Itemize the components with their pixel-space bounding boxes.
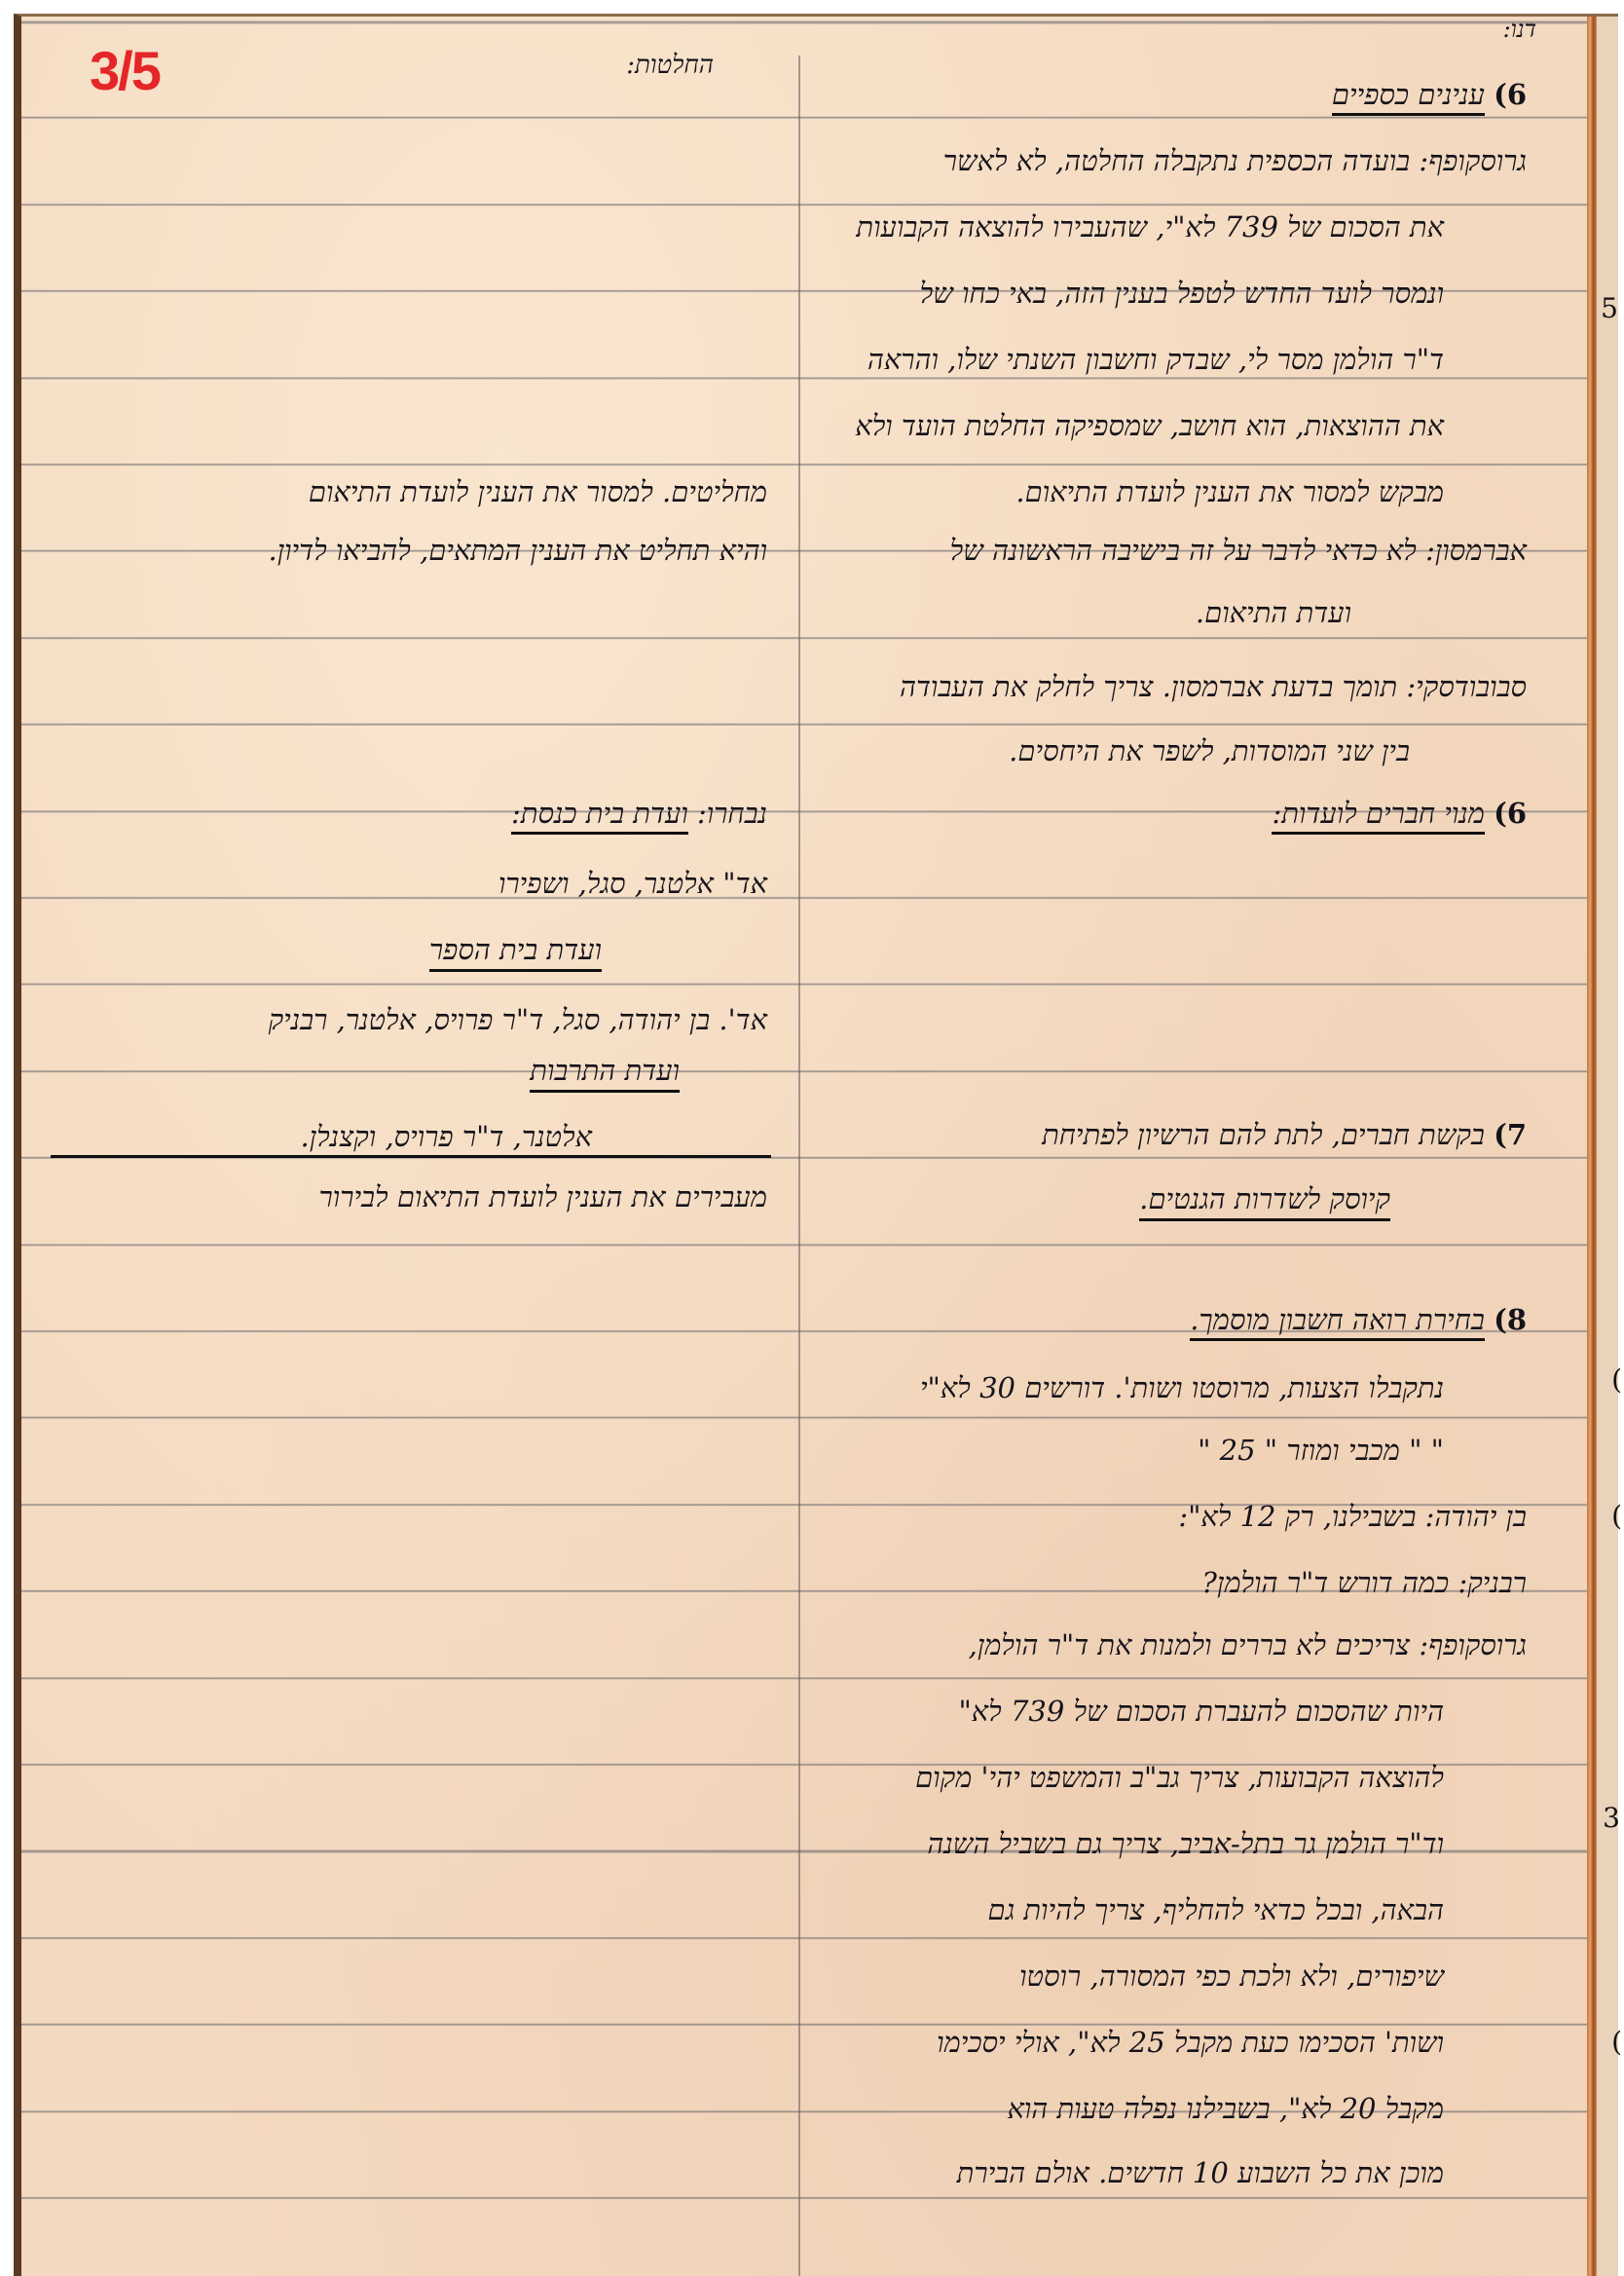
- item-6-title: ענינים כספיים: [1332, 78, 1485, 116]
- separator-line: [51, 1155, 771, 1158]
- page-edge: [1596, 17, 1618, 2276]
- decision-7: מעבירים את הענין לועדת התיאום לבירור: [319, 1180, 767, 1214]
- item-8-line: רבניק: כמה דורש ד"ר הולמן?: [1201, 1566, 1527, 1600]
- committee-synagogue-members: אד" אלטנר, סגל, ושפירו: [498, 867, 767, 901]
- item-6-line: את ההוצאות, הוא חושב, שמספיקה החלטת הועד…: [855, 409, 1444, 443]
- committee-synagogue-title: ועדת בית כנסת:: [511, 797, 688, 835]
- item-6b-heading: 6) מנוי חברים לועדות:: [1272, 797, 1527, 831]
- item-8-line: נתקבלו הצעות, מרוסטו ושות'. דורשים 30 לא…: [920, 1371, 1444, 1405]
- item-6-line: בין שני המוסדות, לשפר את היחסים.: [1009, 734, 1410, 768]
- item-8-number: 8): [1494, 1303, 1527, 1336]
- item-6-line: אברמסון: לא כדאי לדבר על זה בישיבה הראשו…: [950, 534, 1527, 568]
- item-7-number: 7): [1494, 1118, 1527, 1151]
- committee-culture-members: אלטנר, ד"ר פרויס, וקצנלן.: [300, 1120, 592, 1154]
- item-8-line: מוכן את כל השבוע 10 חדשים. אולם הבירת: [957, 2156, 1444, 2190]
- item-8-line: מקבל 20 לא", בשבילנו נפלה טעות הוא: [1007, 2092, 1444, 2126]
- item-8-line: וד"ר הולמן גר בתל-אביב, צריך גם בשביל הש…: [927, 1827, 1444, 1861]
- decisions-header: החלטות:: [626, 51, 714, 80]
- item-6-line: ד"ר הולמן מסר לי, שבדק וחשבון השנתי שלו,…: [867, 343, 1444, 377]
- committee-school-members: אד'. בן יהודה, סגל, ד"ר פרויס, אלטנר, רב…: [269, 1003, 767, 1037]
- item-7-text: בקשת חברים, לתת להם הרשיון לפתיחת: [1042, 1118, 1485, 1151]
- decision-6-line-2: והיא תחליט את הענין המתאים, להביאו לדיון…: [269, 534, 768, 568]
- item-6-line: ונמסר לועד החדש לטפל בענין הזה, באי כחו …: [920, 277, 1444, 311]
- item-6-line: סבובודסקי: תומך בדעת אברמסון. צריך לחלק …: [900, 670, 1527, 704]
- margin-mark: (: [1611, 1500, 1622, 1532]
- item-8-line: להוצאה הקבועות, צריך גב"ב והמשפט יהי' מק…: [915, 1761, 1444, 1795]
- item-8-title: בחירת רואה חשבון מוסמך.: [1190, 1303, 1485, 1341]
- item-6-line: גרוסקופף: בועדה הכספית נתקבלה החלטה, לא …: [943, 144, 1527, 178]
- item-6-line: מבקש למסור את הענין לועדת התיאום.: [1015, 475, 1444, 509]
- discussion-header: דנו:: [1503, 16, 1536, 44]
- margin-mark: (: [1611, 2026, 1622, 2058]
- item-6b-title: מנוי חברים לועדות:: [1272, 797, 1484, 835]
- committees-intro: נבחרו:: [688, 797, 767, 830]
- item-8-line: שיפורים, ולא ולכת כפי המסורה, רוסטו: [1019, 1959, 1444, 1994]
- item-8-heading: 8) בחירת רואה חשבון מוסמך.: [1190, 1303, 1527, 1337]
- margin-mark: 5: [1601, 292, 1618, 324]
- column-divider: [798, 56, 800, 2276]
- margin-mark: (: [1611, 1363, 1622, 1396]
- committee-school-title: ועדת בית הספר: [429, 933, 602, 972]
- item-6-heading: 6) ענינים כספיים: [1332, 78, 1527, 112]
- decision-6-line-1: מחליטים. למסור את הענין לועדת התיאום: [309, 475, 767, 509]
- page-number-badge: 3/5: [90, 39, 160, 102]
- item-8-line: " " מכבי ומוזר " 25 ": [1198, 1434, 1444, 1468]
- binding-edge: [1587, 17, 1597, 2276]
- item-8-line: היות שהסכום להעברת הסכום של 739 לא": [958, 1695, 1444, 1729]
- committees-block: נבחרו: ועדת בית כנסת:: [511, 797, 767, 831]
- item-7-line-1: 7) בקשת חברים, לתת להם הרשיון לפתיחת: [1042, 1118, 1527, 1152]
- item-7-line-2: קיוסק לשדרות הגנטים.: [1139, 1182, 1390, 1221]
- item-6-line: ועדת התיאום.: [1196, 596, 1351, 630]
- margin-mark: 3: [1603, 1802, 1620, 1834]
- item-6-number: 6): [1494, 78, 1527, 111]
- item-8-line: ושות' הסכימו כעת מקבל 25 לא", אולי יסכימ…: [937, 2026, 1444, 2060]
- item-6b-number: 6): [1494, 797, 1527, 830]
- committee-culture-title: ועדת התרבות: [530, 1054, 680, 1093]
- item-6-line: את הסכום של 739 לא"י, שהעבירו להוצאה הקב…: [856, 210, 1444, 244]
- item-8-line: בן יהודה: בשבילנו, רק 12 לא":: [1178, 1500, 1527, 1534]
- item-8-line: הבאה, ובכל כדאי להחליף, צריך להיות גם: [987, 1893, 1444, 1927]
- item-8-line: גרוסקופף: צריכים לא בררים ולמנות את ד"ר …: [969, 1628, 1527, 1662]
